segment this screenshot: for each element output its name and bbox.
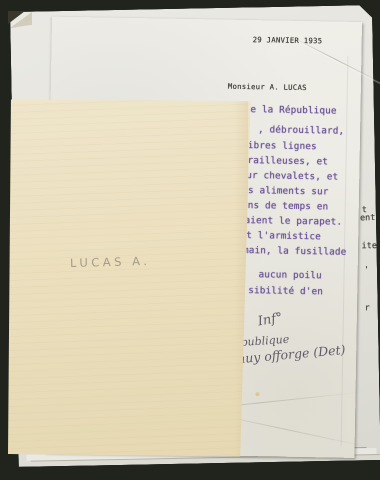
letter-body-line: ibres lignes [248, 140, 317, 152]
underlying-text-fragment: ent [360, 213, 376, 223]
handwritten-note-line: Inf° [257, 310, 284, 329]
letter-body-line: sibilité d'en [248, 285, 323, 297]
underlying-text-fragment: r [365, 303, 370, 313]
letter-body-line: , débrouillard, [258, 124, 344, 137]
envelope: LUCAS A. [8, 98, 254, 458]
envelope-pencil-label: LUCAS A. [70, 254, 151, 270]
letter-recipient: Monsieur A. LUCAS [228, 82, 307, 92]
underlying-page-fragments: tentite'r [10, 5, 372, 12]
underlying-text-fragment: ite [361, 241, 377, 251]
paper-stain [255, 392, 259, 396]
underlying-text-fragment: ' [364, 265, 369, 275]
letter-body-line: main, la fusillade [243, 245, 347, 258]
letter-body-line: s aliments sur [248, 185, 329, 197]
letter-date: 29 JANVIER 1935 [253, 35, 323, 45]
letter-body-line: aient le parapet. [244, 215, 342, 228]
letter-body-line: ur chevalets, et [246, 170, 338, 183]
letter-body-line: aucun poilu [258, 269, 321, 281]
letter-body-line: t l'armistice [246, 230, 321, 242]
letter-body-line: railleuses, et [247, 155, 328, 167]
letter-body-line: e la République [250, 104, 336, 117]
scanned-document-photo: tentite'r 29 JANVIER 1935 Monsieur A. LU… [0, 0, 380, 480]
letter-body-line: ns de temps en [248, 200, 329, 212]
